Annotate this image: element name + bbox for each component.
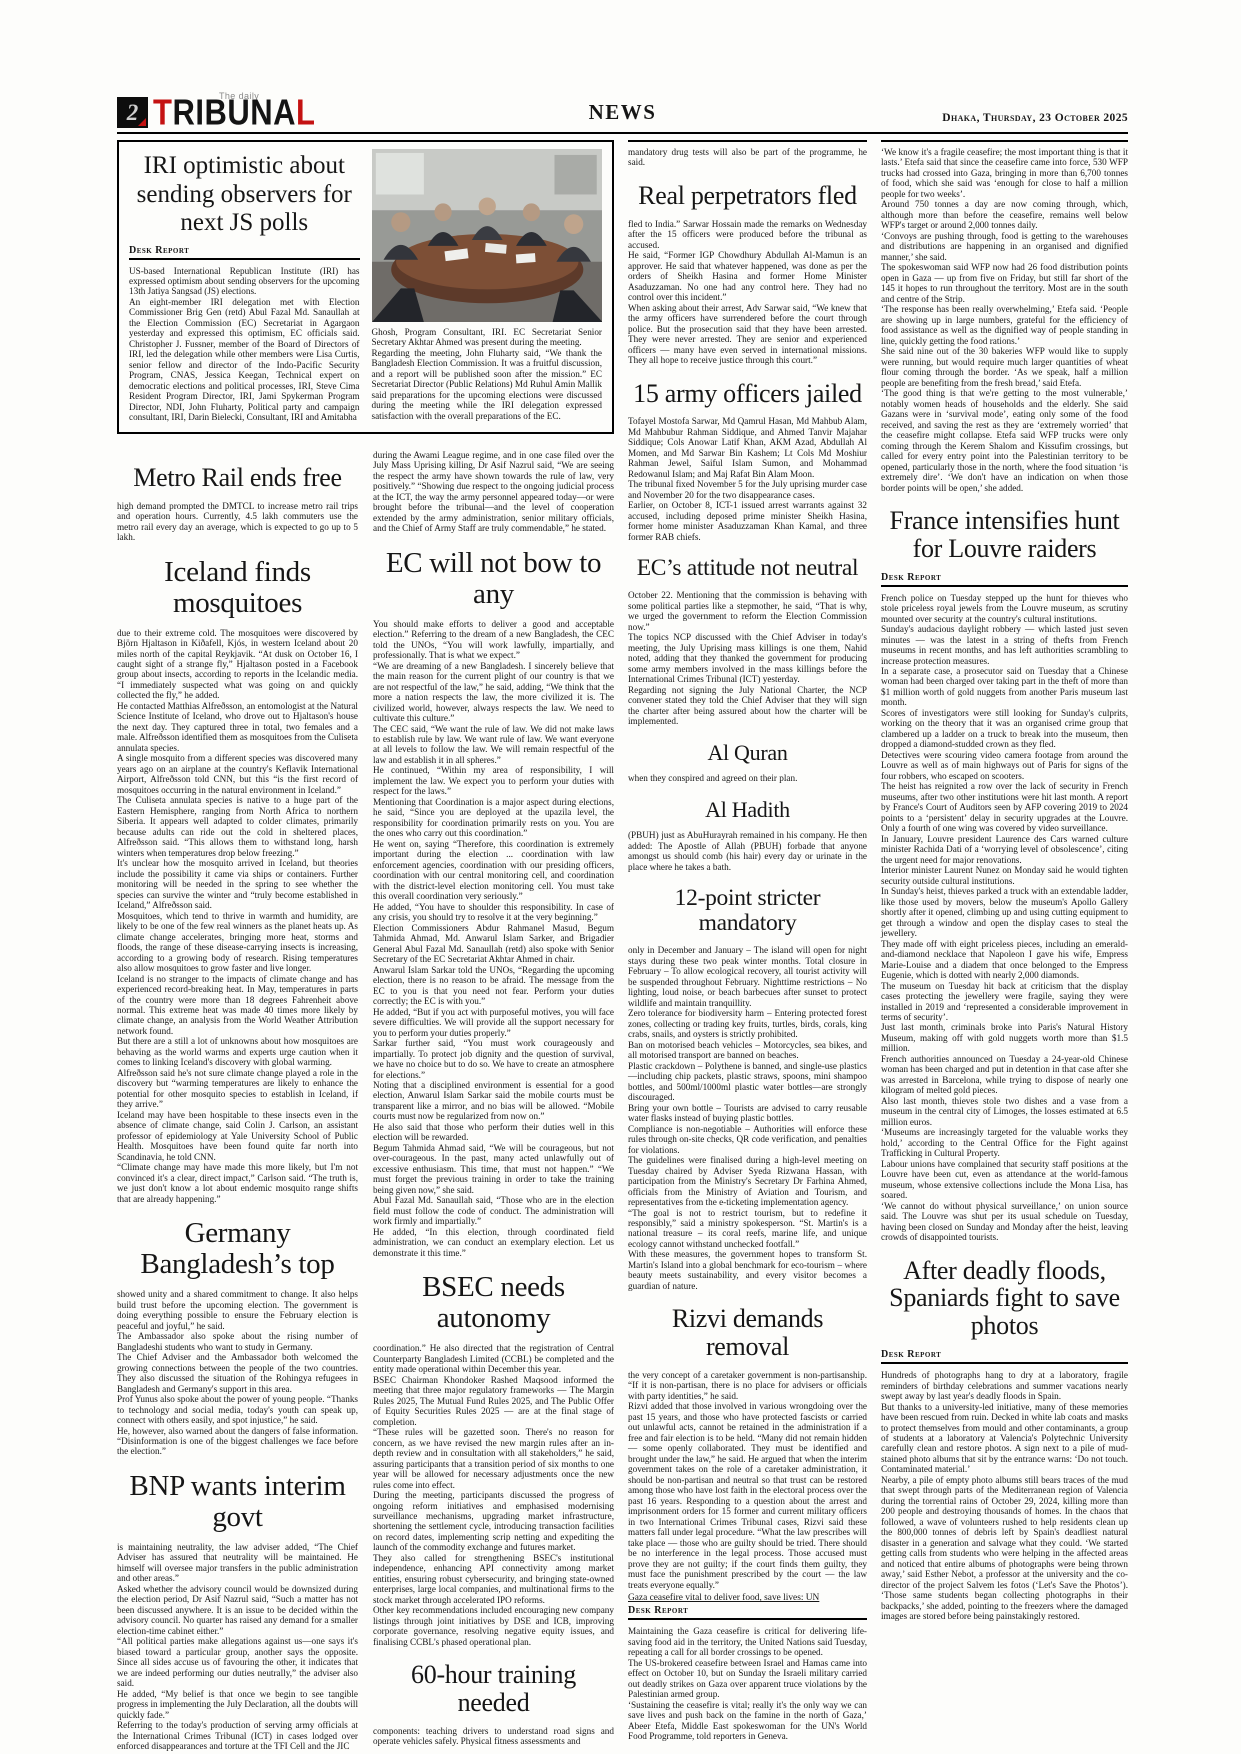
article-paragraph: They made off with eight priceless piece… <box>881 939 1128 981</box>
article-paragraph: only in December and January – The islan… <box>628 945 867 1008</box>
logo-letter-t: T <box>153 91 172 132</box>
headline-bnp-wants-interim-govt: BNP wants interim govt <box>117 1471 358 1533</box>
article-paragraph: He said, “Former IGP Chowdhury Abdullah … <box>628 250 867 302</box>
article-paragraph: An eight-member IRI delegation met with … <box>129 297 360 423</box>
news-column-3: mandatory drug tests will also be part o… <box>628 140 867 1742</box>
article-paragraph: The topics NCP discussed with the Chief … <box>628 632 867 684</box>
article-paragraph: The guidelines were finalised during a h… <box>628 1155 867 1207</box>
article-paragraph: In a separate case, a prosecutor said on… <box>881 666 1128 708</box>
article-paragraph: He contacted Matthias Alfreðsson, an ent… <box>117 701 358 753</box>
article-paragraph: Noting that a disciplined environment is… <box>373 1080 614 1122</box>
article-paragraph: Maintaining the Gaza ceasefire is critic… <box>628 1626 867 1657</box>
left-column-pair: IRI optimistic about sending observers f… <box>117 140 614 1752</box>
article-paragraph: BSEC Chairman Khondoker Rashed Maqsood i… <box>373 1375 614 1427</box>
article-paragraph: Referring to the today's production of s… <box>117 1720 358 1751</box>
headline-rizvi-demands-removal: Rizvi demands removal <box>628 1305 867 1361</box>
article-paragraph: He added, “But if you act with purposefu… <box>373 1007 614 1038</box>
headline-real-perpetrators-fled: Real perpetrators fled <box>628 182 867 210</box>
article-paragraph: Tofayel Mostofa Sarwar, Md Qamrul Hasan,… <box>628 416 867 479</box>
article-paragraph: Mosquitoes, which tend to thrive in warm… <box>117 911 358 974</box>
article-paragraph: (PBUH) just as AbuHurayrah remained in h… <box>628 830 867 872</box>
article-paragraph: He added, “My belief is that once we beg… <box>117 1689 358 1720</box>
article-paragraph: You should make efforts to deliver a goo… <box>373 619 614 661</box>
article-paragraph: With these measures, the government hope… <box>628 1249 867 1291</box>
article-paragraph: ‘We know it's a fragile ceasefire; the m… <box>881 147 1128 199</box>
article-paragraph: Rizvi added that those involved in vario… <box>628 1401 867 1590</box>
article-paragraph: Ghosh, Program Consultant, IRI. EC Secre… <box>372 327 603 348</box>
article-paragraph: Just last month, criminals broke into Pa… <box>881 1022 1128 1053</box>
article-paragraph: Regarding not signing the July National … <box>628 685 867 727</box>
article-paragraph: Plastic crackdown – Polythene is banned,… <box>628 1061 867 1103</box>
article-paragraph: Sarkar further said, “You must work cour… <box>373 1038 614 1080</box>
page-body: IRI optimistic about sending observers f… <box>117 140 1128 1752</box>
headline-al-quran: Al Quran <box>628 741 867 765</box>
headline-metro-rail-ends-free: Metro Rail ends free <box>117 464 358 492</box>
page-number-box: 2 <box>117 97 148 128</box>
byline-france: Desk Report <box>881 572 1128 587</box>
article-paragraph: He added, “In this election, through coo… <box>373 1227 614 1258</box>
article-paragraph: ‘Museums are increasingly targeted for t… <box>881 1127 1128 1158</box>
news-column-1: Metro Rail ends freehigh demand prompted… <box>117 450 358 1752</box>
article-paragraph: During the meeting, participants discuss… <box>373 1490 614 1553</box>
meeting-photo-illustration <box>372 149 603 322</box>
article-paragraph: ‘Sustaining the ceasefire is vital; real… <box>628 1700 867 1742</box>
article-paragraph: fled to India.” Sarwar Hossain made the … <box>628 219 867 250</box>
article-paragraph: The Culiseta annulata species is native … <box>117 795 358 858</box>
article-paragraph: The museum on Tuesday hit back at critic… <box>881 981 1128 1023</box>
article-paragraph: Around 750 tonnes a day are now coming t… <box>881 199 1128 230</box>
article-paragraph: Zero tolerance for biodiversity harm – E… <box>628 1008 867 1039</box>
article-paragraph: The US-brokered ceasefire between Israel… <box>628 1658 867 1700</box>
article-paragraph: ‘We cannot do without physical surveilla… <box>881 1201 1128 1243</box>
article-paragraph: A single mosquito from a different speci… <box>117 753 358 795</box>
headline-bsec-needs-autonomy: BSEC needs autonomy <box>373 1272 614 1334</box>
article-paragraph: Abul Fazal Md. Sanaullah said, “Those wh… <box>373 1195 614 1226</box>
logo-letters-mid: RIBUNA <box>172 91 296 132</box>
iri-article-right-column: Ghosh, Program Consultant, IRI. EC Secre… <box>372 149 603 423</box>
article-paragraph: The heist has reignited a row over the l… <box>881 781 1128 833</box>
iri-article-left-column: IRI optimistic about sending observers f… <box>129 149 360 423</box>
article-paragraph: during the Awami League regime, and in o… <box>373 450 614 534</box>
masthead: 2 The daily TRIBUNAL NEWS Dhaka, Thursda… <box>117 86 1128 128</box>
article-paragraph: components: teaching drivers to understa… <box>373 1726 614 1747</box>
article-paragraph: French authorities announced on Tuesday … <box>881 1054 1128 1096</box>
article-iri-observers: IRI optimistic about sending observers f… <box>117 140 614 434</box>
article-paragraph: Anwarul Islam Sarkar told the UNOs, “Reg… <box>373 965 614 1007</box>
logo-letter-l: L <box>296 91 315 132</box>
headline-ec-attitude-not-neutral: EC’s attitude not neutral <box>628 556 867 581</box>
page-number: 2 <box>127 100 139 126</box>
article-paragraph: ‘The good thing is that we're getting to… <box>881 388 1128 493</box>
headline-iri-observers: IRI optimistic about sending observers f… <box>129 152 360 238</box>
article-paragraph: “The goal is not to restrict tourism, bu… <box>628 1208 867 1250</box>
section-title: NEWS <box>589 100 657 125</box>
iri-article-right-body: Ghosh, Program Consultant, IRI. EC Secre… <box>372 327 603 421</box>
article-paragraph: October 22. Mentioning that the commissi… <box>628 590 867 632</box>
article-paragraph: Regarding the meeting, John Fluharty sai… <box>372 348 603 421</box>
headline-12-point-stricter-mandatory: 12-point stricter mandatory <box>628 886 867 936</box>
article-paragraph: Sunday's audacious daylight robbery — wh… <box>881 624 1128 666</box>
article-paragraph: Other key recommendations included encou… <box>373 1605 614 1647</box>
article-paragraph: US-based International Republican Instit… <box>129 266 360 297</box>
headline-60-hour-training-needed: 60-hour training needed <box>373 1661 614 1717</box>
article-paragraph: Detectives were scouring video camera fo… <box>881 750 1128 781</box>
article-paragraph: Iceland may have been hospitable to thes… <box>117 1110 358 1162</box>
article-paragraph: when they conspired and agreed on their … <box>628 773 867 783</box>
headline-iceland-finds-mosquitoes: Iceland finds mosquitoes <box>117 557 358 619</box>
article-paragraph: Asked whether the advisory council would… <box>117 1584 358 1636</box>
article-paragraph: Iceland is no stranger to the impacts of… <box>117 974 358 1037</box>
headline-ec-will-not-bow: EC will not bow to any <box>373 548 614 610</box>
article-paragraph: Also last month, thieves stole two dishe… <box>881 1096 1128 1127</box>
headline-al-hadith: Al Hadith <box>628 798 867 822</box>
article-paragraph: high demand prompted the DMTCL to increa… <box>117 501 358 543</box>
byline-iri: Desk Report <box>129 245 360 260</box>
article-paragraph: ‘Convoys are pushing through, food is ge… <box>881 231 1128 262</box>
article-paragraph: “Climate change may have made this more … <box>117 1162 358 1204</box>
article-paragraph: The spokeswoman said WFP now had 26 food… <box>881 262 1128 304</box>
byline-spain: Desk Report <box>881 1349 1128 1364</box>
article-paragraph: But thanks to a university-led initiativ… <box>881 1402 1128 1475</box>
article-paragraph: It's unclear how the mosquito arrived in… <box>117 858 358 910</box>
article-paragraph: mandatory drug tests will also be part o… <box>628 147 867 168</box>
article-paragraph: showed unity and a shared commitment to … <box>117 1289 358 1331</box>
article-paragraph: is maintaining neutrality, the law advis… <box>117 1542 358 1584</box>
article-paragraph: But there are a still a lot of unknowns … <box>117 1036 358 1067</box>
headline-spain-floods-photos: After deadly floods, Spaniards fight to … <box>881 1257 1128 1340</box>
article-paragraph: Interior minister Laurent Nunez on Monda… <box>881 865 1128 886</box>
subhead-gaza-ceasefire: Gaza ceasefire vital to deliver food, sa… <box>628 1593 867 1603</box>
headline-france-louvre-raiders: France intensifies hunt for Louvre raide… <box>881 507 1128 563</box>
article-paragraph: French police on Tuesday stepped up the … <box>881 593 1128 624</box>
article-paragraph: He went on, saying “Therefore, this coor… <box>373 839 614 902</box>
article-paragraph: Compliance is non-negotiable – Authoriti… <box>628 1124 867 1155</box>
iri-article-left-body: US-based International Republican Instit… <box>129 266 360 423</box>
article-paragraph: “These rules will be gazetted soon. Ther… <box>373 1427 614 1490</box>
article-paragraph: Scores of investigators were still looki… <box>881 708 1128 750</box>
article-paragraph: The Chief Adviser and the Ambassador bot… <box>117 1352 358 1394</box>
byline-gaza: Desk Report <box>628 1605 867 1620</box>
article-paragraph: Earlier, on October 8, ICT-1 issued arre… <box>628 500 867 542</box>
meeting-photo <box>372 149 603 322</box>
article-paragraph: Hundreds of photographs hang to dry at a… <box>881 1370 1128 1401</box>
edition-date: Dhaka, Thursday, 23 October 2025 <box>942 112 1128 128</box>
article-paragraph: The CEC said, “We want the rule of law. … <box>373 724 614 766</box>
article-paragraph: Labour unions have complained that secur… <box>881 1159 1128 1201</box>
columns-1-2: Metro Rail ends freehigh demand prompted… <box>117 450 614 1752</box>
article-paragraph: the very concept of a caretaker governme… <box>628 1370 867 1401</box>
article-paragraph: When asking about their arrest, Adv Sarw… <box>628 303 867 366</box>
headline-15-army-officers-jailed: 15 army officers jailed <box>628 380 867 408</box>
article-paragraph: due to their extreme cold. The mosquitoe… <box>117 628 358 701</box>
article-paragraph: Mentioning that Coordination is a major … <box>373 797 614 839</box>
article-paragraph: Election Commissioners Abdur Rahmanel Ma… <box>373 923 614 965</box>
news-column-4: ‘We know it's a fragile ceasefire; the m… <box>881 140 1128 1622</box>
article-paragraph: “We are dreaming of a new Bangladesh. I … <box>373 661 614 724</box>
article-paragraph: Prof Yunus also spoke about the power of… <box>117 1394 358 1425</box>
article-paragraph: Bring your own bottle – Tourists are adv… <box>628 1103 867 1124</box>
article-paragraph: Ban on motorised beach vehicles – Motorc… <box>628 1040 867 1061</box>
article-paragraph: They also called for strengthening BSEC'… <box>373 1553 614 1605</box>
article-paragraph: ‘The response has been really overwhelmi… <box>881 304 1128 346</box>
newspaper-page: 2 The daily TRIBUNAL NEWS Dhaka, Thursda… <box>0 0 1241 1754</box>
logo-wordmark: TRIBUNAL <box>153 97 315 128</box>
article-paragraph: Alfreðsson said he's not sure climate ch… <box>117 1068 358 1110</box>
headline-germany-bangladesh-top: Germany Bangladesh’s top <box>117 1218 358 1280</box>
news-column-2: during the Awami League regime, and in o… <box>373 450 614 1752</box>
newspaper-logo: The daily TRIBUNAL <box>153 91 315 128</box>
masthead-left: 2 The daily TRIBUNAL <box>117 91 315 128</box>
article-paragraph: He also said that those who perform thei… <box>373 1122 614 1143</box>
article-paragraph: The Ambassador also spoke about the risi… <box>117 1331 358 1352</box>
article-paragraph: He continued, “Within my area of respons… <box>373 765 614 796</box>
article-paragraph: In January, Louvre president Laurence de… <box>881 834 1128 865</box>
article-paragraph: He, however, also warned about the dange… <box>117 1426 358 1457</box>
article-paragraph: He added, “You have to shoulder this res… <box>373 902 614 923</box>
article-paragraph: “All political parties make allegations … <box>117 1636 358 1688</box>
article-paragraph: She said nine out of the 30 bakeries WFP… <box>881 346 1128 388</box>
article-paragraph: Nearby, a pile of empty photo albums sti… <box>881 1475 1128 1622</box>
article-paragraph: coordination.” He also directed that the… <box>373 1343 614 1374</box>
article-paragraph: The tribunal fixed November 5 for the Ju… <box>628 479 867 500</box>
article-paragraph: In Sunday's heist, thieves parked a truc… <box>881 886 1128 938</box>
article-paragraph: Begum Tahmida Ahmad said, “We will be co… <box>373 1143 614 1195</box>
